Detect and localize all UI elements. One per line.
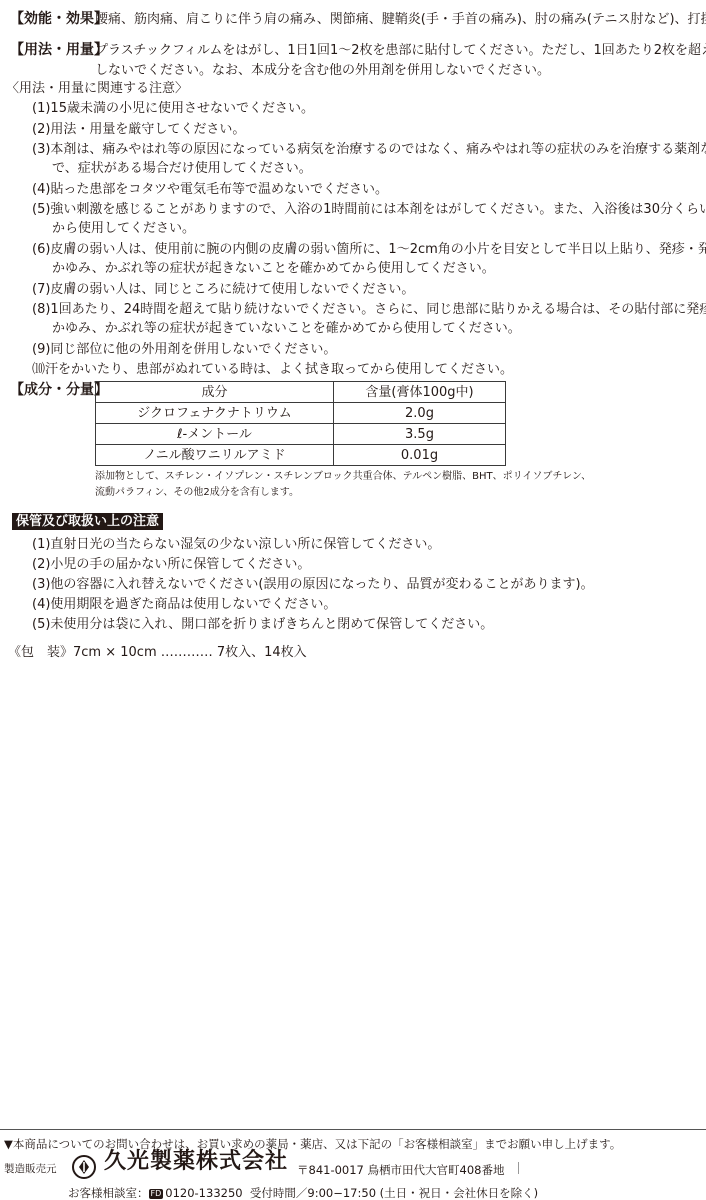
column-header-ingredient: 成分: [96, 382, 334, 403]
table-row: ノニル酸ワニリルアミド 0.01g: [96, 445, 506, 466]
ingredients-label: 【成分・分量】: [10, 381, 108, 400]
dosage-label: 【用法・用量】: [10, 42, 108, 58]
company-name: 久光製薬株式会社: [104, 1152, 288, 1171]
consultation-line: お客様相談室：FD0120-133250 受付時間／9:00−17:50 (土日…: [68, 1184, 538, 1200]
package-info: 《包 装》7cm × 10cm ………… 7枚入、14枚入: [8, 643, 307, 662]
storage-header: 保管及び取扱い上の注意: [12, 513, 163, 530]
dosage-note-item: (5)強い刺激を感じることがありますので、入浴の1時間前には本剤をはがしてくださ…: [32, 200, 706, 238]
table-header-row: 成分 含量(膏体100g中): [96, 382, 506, 403]
consult-label: お客様相談室：: [68, 1186, 149, 1200]
dosage-notes-title: 〈用法・用量に関連する注意〉: [6, 79, 188, 98]
consult-hours: 受付時間／9:00−17:50 (土日・祝日・会社休日を除く): [250, 1186, 538, 1200]
dosage-note-item: (2)用法・用量を厳守してください。: [32, 120, 245, 139]
package-label: 《包 装》: [8, 645, 73, 660]
dosage-note-item: (3)本剤は、痛みやはれ等の原因になっている病気を治療するのではなく、痛みやはれ…: [32, 140, 706, 178]
dosage-note-item: (9)同じ部位に他の外用剤を併用しないでください。: [32, 340, 336, 359]
dosage-note-item: (7)皮膚の弱い人は、同じところに続けて使用しないでください。: [32, 280, 414, 299]
efficacy-label: 【効能・効果】: [10, 11, 108, 27]
table-row: ジクロフェナクナトリウム 2.0g: [96, 403, 506, 424]
consult-phone: 0120-133250: [165, 1186, 242, 1200]
storage-item: (3)他の容器に入れ替えないでください(誤用の原因になったり、品質が変わることが…: [32, 575, 594, 594]
dosage-note-item: (4)貼った患部をコタツや電気毛布等で温めないでください。: [32, 180, 388, 199]
address-separator: [518, 1162, 519, 1174]
dosage-line: しないでください。なお、本成分を含む他の外用剤を併用しないでください。: [95, 61, 706, 80]
dosage-line: プラスチックフィルムをはがし、1日1回1〜2枚を患部に貼付してください。ただし、…: [95, 41, 706, 60]
company-address: 〒841-0017 鳥栖市田代大官町408番地: [297, 1161, 504, 1180]
storage-item: (5)未使用分は袋に入れ、開口部を折りまげきちんと閉めて保管してください。: [32, 615, 493, 634]
dosage-note-item: ⑽汗をかいたり、患部がぬれている時は、よく拭き取ってから使用してください。: [32, 360, 513, 379]
storage-item: (2)小児の手の届かない所に保管してください。: [32, 555, 310, 574]
maker-label: 製造販売元: [4, 1160, 57, 1179]
storage-item: (1)直射日光の当たらない湿気の少ない涼しい所に保管してください。: [32, 535, 440, 554]
dosage-note-item: (6)皮膚の弱い人は、使用前に腕の内側の皮膚の弱い箇所に、1〜2cm角の小片を目…: [32, 240, 706, 278]
ingredients-table: 成分 含量(膏体100g中) ジクロフェナクナトリウム 2.0g ℓ-メントール…: [95, 381, 506, 466]
column-header-amount: 含量(膏体100g中): [334, 382, 506, 403]
efficacy-text: 腰痛、筋肉痛、肩こりに伴う肩の痛み、関節痛、腱鞘炎(手・手首の痛み)、肘の痛み(…: [95, 10, 706, 29]
package-text: 7cm × 10cm ………… 7枚入、14枚入: [73, 645, 307, 660]
additives-note: 添加物として、スチレン・イソプレン・スチレンブロック共重合体、テルペン樹脂、BH…: [95, 469, 591, 501]
dosage-section: 【用法・用量】 プラスチックフィルムをはがし、1日1回1〜2枚を患部に貼付してく…: [10, 41, 108, 60]
storage-item: (4)使用期限を過ぎた商品は使用しないでください。: [32, 595, 336, 614]
efficacy-section: 【効能・効果】 腰痛、筋肉痛、肩こりに伴う肩の痛み、関節痛、腱鞘炎(手・手首の痛…: [10, 10, 108, 29]
toll-free-icon: FD: [149, 1189, 164, 1199]
dosage-note-item: (8)1回あたり、24時間を超えて貼り続けないでください。さらに、同じ患部に貼り…: [32, 300, 706, 338]
table-row: ℓ-メントール 3.5g: [96, 424, 506, 445]
company-logo-icon: [72, 1155, 96, 1179]
inquiry-note: ▼本商品についてのお問い合わせは、お買い求めの薬局・薬店、又は下記の「お客様相談…: [4, 1135, 621, 1154]
footer-divider: [0, 1129, 706, 1130]
dosage-note-item: (1)15歳未満の小児に使用させないでください。: [32, 99, 314, 118]
